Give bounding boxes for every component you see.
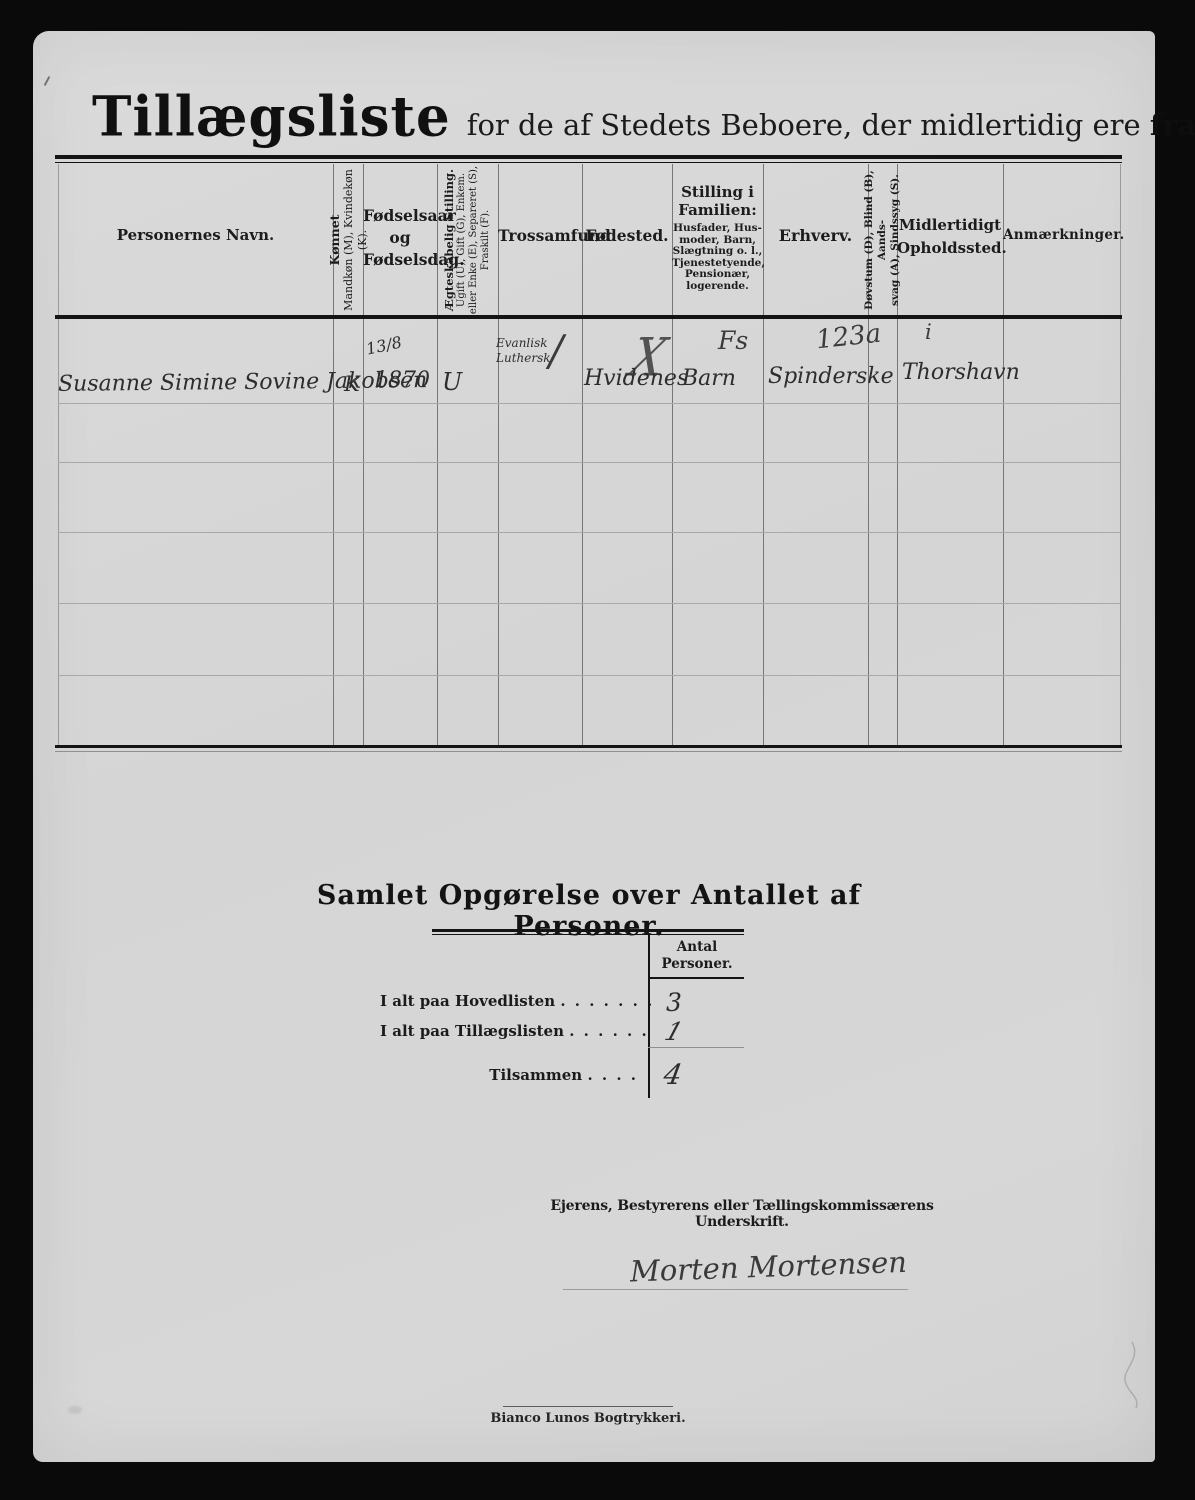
grid-line (582, 164, 583, 745)
summary-col-header-rule (648, 977, 744, 979)
summary-row-label-text: I alt paa Tillægslisten (380, 1022, 564, 1040)
row-line (58, 532, 1120, 533)
column-header-marital-codes3: Fraskilt (F). (480, 210, 492, 270)
column-header-residence: Midlertidigt Opholdssted. (897, 214, 1003, 260)
summary-col-header: Antal Personer. (650, 939, 744, 973)
entry-religion: Evanlisk Luthersk (496, 336, 551, 366)
column-header-occupation: Erhverv. (763, 226, 868, 245)
column-header-family-sub6: logerende. (672, 281, 763, 293)
row-line (58, 462, 1120, 463)
column-header-family-sub3: Slægtning o. l., (672, 246, 763, 258)
column-header-name: Personernes Navn. (58, 226, 333, 244)
footer-rule (503, 1406, 673, 1407)
entry-sex: K (344, 372, 360, 396)
summary-top-rule-thin (432, 934, 744, 935)
summary-row-label: I alt paa Hovedlisten . . . . . . . (380, 992, 638, 1010)
summary-title: Samlet Opgørelse over Antallet af Person… (298, 880, 880, 942)
column-header-remarks: Anmærkninger. (1003, 227, 1120, 243)
column-header-marital-codes1: Ugift (U), Gift (G), Enkem. (456, 173, 468, 307)
column-header-family-line1: Stilling i (672, 183, 763, 201)
summary-col-header-line1: Antal (650, 939, 744, 956)
entry-residence: Thorshavn (902, 360, 1020, 385)
column-header-residence-line1: Midlertidigt (897, 214, 1003, 237)
summary-row-label-text: Tilsammen (489, 1066, 582, 1084)
page-title-subtitle-emphasis: fraværende. (1150, 108, 1195, 142)
summary-col-header-line2: Personer. (650, 956, 744, 973)
summary-row-dots: . . . . (587, 1066, 638, 1084)
entry-residence-mark: i (925, 320, 932, 344)
scanned-census-page: Tillægsliste for de af Stedets Beboere, … (0, 0, 1195, 1500)
entry-family-mark: Fs (718, 326, 748, 355)
column-header-marital-codes2: eller Enke (E), Separeret (S), (468, 166, 480, 314)
grid-line (498, 164, 499, 745)
column-header-marital-title: Ægteskabelig Stilling. (442, 169, 456, 311)
grid-line (58, 164, 59, 745)
column-header-disability-line1: Døvstum (D), Blind (B), Aands- (863, 162, 889, 318)
row-line (58, 403, 1120, 404)
summary-row-dots: . . . . . . (569, 1022, 648, 1040)
entry-religion-line2: Luthersk (496, 351, 551, 366)
entry-family: Barn (682, 366, 736, 391)
column-header-birth-line1: Fødselsaar (363, 205, 437, 227)
entry-birth-year: 1870 (374, 368, 430, 393)
page-title-main: Tillægsliste (92, 85, 451, 149)
rule (55, 155, 1122, 159)
entry-religion-line1: Evanlisk (496, 336, 551, 351)
entry-name: Susanne Simine Sovine Jakobsen (58, 368, 427, 397)
column-header-disability: Døvstum (D), Blind (B), Aands- svag (A),… (867, 162, 897, 318)
summary-top-rule (432, 929, 744, 932)
signature-label: Ejerens, Bestyrerens eller Tællingskommi… (542, 1198, 942, 1230)
pencil-mark (1112, 1340, 1152, 1410)
table-bottom-rule (55, 745, 1122, 748)
summary-row-label: Tilsammen . . . . (380, 1066, 638, 1084)
column-header-birth-line3: Fødselsdag. (363, 249, 437, 271)
page-title-subtitle: for de af Stedets Beboere, der midlertid… (467, 108, 1195, 142)
column-header-family-line2: Familien: (672, 201, 763, 219)
entry-religion-slash: / (549, 326, 563, 375)
grid-line (763, 164, 764, 745)
column-header-family-sub5: Pensionær, (672, 269, 763, 281)
summary-sum-rule (648, 1047, 744, 1048)
column-header-family-sub1: Husfader, Hus- (672, 223, 763, 235)
row-line (58, 675, 1120, 676)
entry-birthplace: Hvidenes (584, 366, 688, 391)
column-header-marital: Ægteskabelig Stilling. Ugift (U), Gift (… (438, 164, 496, 316)
column-header-residence-line2: Opholdssted. (897, 237, 1003, 260)
summary-row-value: 3 (666, 988, 682, 1017)
column-header-birth-line2: og (363, 227, 437, 249)
column-header-sex-title: Kønnet (327, 215, 342, 266)
table-bottom-rule-thin (55, 751, 1122, 752)
summary-row-label-text: I alt paa Hovedlisten (380, 992, 555, 1010)
pencil-mark (68, 1406, 82, 1414)
page-title-subtitle-text: for de af Stedets Beboere, der midlertid… (467, 108, 1141, 142)
header-bottom-rule (55, 315, 1122, 319)
page-title: Tillægsliste for de af Stedets Beboere, … (92, 86, 1102, 148)
column-header-birth: Fødselsaar og Fødselsdag. (363, 205, 437, 271)
entry-marital: U (442, 368, 462, 396)
footer-printer: Bianco Lunos Bogtrykkeri. (468, 1411, 708, 1426)
summary-row-dots: . . . . . . . (560, 992, 654, 1010)
signature-underline (563, 1289, 908, 1290)
row-line (58, 603, 1120, 604)
entry-occupation: Spinderske (768, 364, 894, 389)
grid-line (1120, 164, 1121, 745)
column-header-birthplace: Fødested. (582, 226, 672, 245)
summary-row-label: I alt paa Tillægslisten . . . . . . (380, 1022, 638, 1040)
rule (55, 162, 1122, 163)
column-header-family: Stilling i Familien: Husfader, Hus- mode… (672, 183, 763, 292)
column-header-religion: Trossamfund. (498, 226, 582, 245)
